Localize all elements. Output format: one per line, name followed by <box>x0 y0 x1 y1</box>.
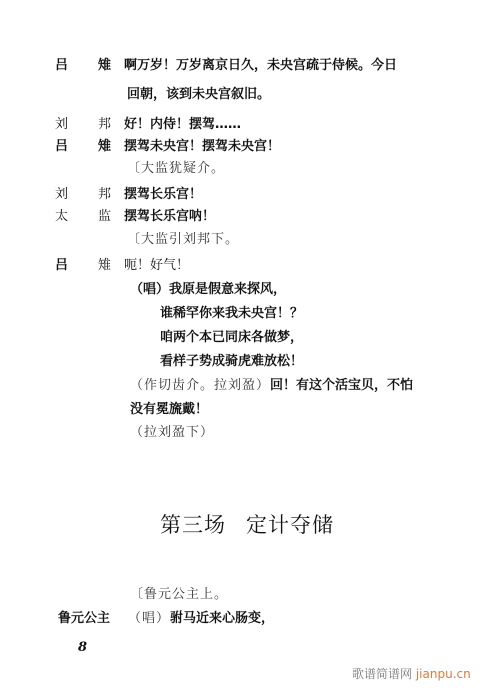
dialogue-line: 好！内侍！摆驾…… <box>124 117 241 133</box>
speaker-name-second: 邦 <box>98 117 111 133</box>
speaker-name-second: 雉 <box>98 258 111 274</box>
dialogue-line: 啊万岁！万岁离京日久，未央宫疏于侍候。今日 <box>124 58 397 74</box>
scene-title: 第三场定计夺储 <box>160 512 334 538</box>
speaker-name: 鲁元公主 <box>58 611 110 627</box>
song-text: 驸马近来心肠变， <box>170 611 274 626</box>
watermark-url: jianpu.cn <box>416 667 471 681</box>
song-line: 咱两个本已同床各做梦， <box>160 330 303 346</box>
song-line: 看样子势成骑虎难放松！ <box>160 354 303 370</box>
scene-name: 定计夺储 <box>246 513 334 537</box>
dialogue-line: 回朝，该到未央宫叙旧。 <box>127 87 270 103</box>
dialogue-line: （作切齿介。拉刘盈）回！有这个活宝贝，不怕 <box>130 378 413 394</box>
watermark: 歌谱简谱网 jianpu.cn <box>352 665 471 682</box>
speaker-name-first: 刘 <box>55 117 68 133</box>
speaker-name-first: 吕 <box>55 258 68 274</box>
stage-direction: 〔大监犹疑介。 <box>127 161 225 177</box>
dialogue-line: 没有冕旒戴！ <box>130 402 208 418</box>
song-line: 谁稀罕你来我未央宫！？ <box>160 306 303 322</box>
dialogue-line: 摆驾长乐宫呐！ <box>124 209 215 225</box>
page-number: 8 <box>78 640 87 655</box>
dialogue-line: 呃！好气！ <box>124 258 189 274</box>
dialogue-text: 回！有这个活宝贝，不怕 <box>270 378 413 393</box>
stage-direction: （作切齿介。拉刘盈） <box>130 378 270 393</box>
scene-number: 第三场 <box>160 513 226 537</box>
dialogue-line: （唱）驸马近来心肠变， <box>128 611 274 627</box>
song-line: （唱）我原是假意来探风， <box>130 282 286 298</box>
speaker-name-first: 太 <box>55 209 68 225</box>
speaker-name-first: 吕 <box>55 139 68 155</box>
speaker-name-second: 雉 <box>98 58 111 74</box>
speaker-name-second: 邦 <box>98 187 111 203</box>
dialogue-line: 摆驾长乐宫！ <box>124 187 202 203</box>
speaker-name-first: 刘 <box>55 187 68 203</box>
speaker-name-second: 雉 <box>98 139 111 155</box>
stage-direction: 〔鲁元公主上。 <box>130 587 228 603</box>
stage-direction: （唱） <box>128 611 170 626</box>
dialogue-line: 摆驾未央宫！摆驾未央宫！ <box>124 139 280 155</box>
stage-direction: 〔大监引刘邦下。 <box>127 232 239 248</box>
speaker-name-second: 监 <box>98 209 111 225</box>
stage-direction: （拉刘盈下） <box>130 425 214 441</box>
watermark-site: 歌谱简谱网 <box>352 667 412 681</box>
speaker-name-first: 吕 <box>55 58 68 74</box>
